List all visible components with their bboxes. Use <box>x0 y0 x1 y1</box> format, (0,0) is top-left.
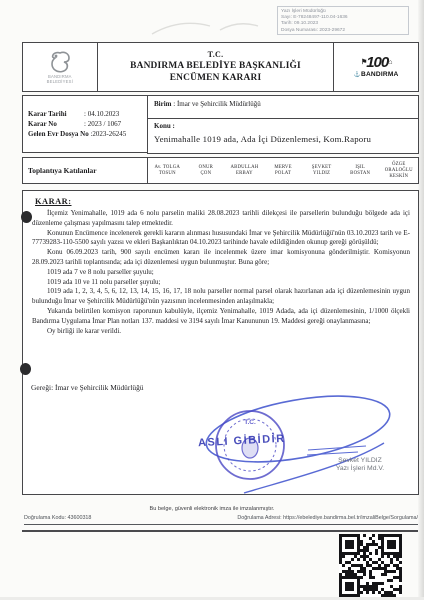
lighthouse-icon: ⌂ <box>388 59 391 66</box>
registry-dosya: Dosya Numarası: 2023-29672 <box>281 28 405 34</box>
verification-row: Doğrulama Kodu: 43600318 Doğrulama Adres… <box>24 515 418 525</box>
karar-no-row: Karar No: 2023 / 1067 <box>28 119 147 129</box>
title-tc: T.C. <box>208 50 224 60</box>
title-doc-type: ENCÜMEN KARARI <box>170 72 262 84</box>
karar-tarihi-row: Karar Tarihi: 04.10.2023 <box>28 109 147 119</box>
attendee-name: Av. TOLGA TOSUN <box>148 165 187 177</box>
title-authority: BANDIRMA BELEDİYE BAŞKANLIĞI <box>130 60 301 72</box>
attendee-name: ÖZGE ORALOĞLU KESKİN <box>379 162 418 180</box>
karar-paragraph: Konu 06.09.2023 tarih, 900 sayılı encüme… <box>32 248 410 268</box>
signature-seal-area: T.C. ASLI GİBİDİR Şevket YILDIZ Yazı İşl… <box>158 393 413 495</box>
registry-stamp-box: Yazı İşleri Müdürlüğü Sayı: E-78248497-1… <box>277 6 409 35</box>
verification-code: Doğrulama Kodu: 43600318 <box>24 515 91 524</box>
gelen-evr-label: Gelen Evr Dosya No <box>28 130 89 138</box>
gelen-evr-row: Gelen Evr Dosya No :2023-26245 <box>28 129 147 139</box>
decision-meta-cell: Karar Tarihi: 04.10.2023 Karar No: 2023 … <box>22 95 148 153</box>
birim-label: Birim <box>154 100 172 108</box>
attendee-name: ONUR ÇON <box>187 165 226 177</box>
signer-name: Şevket YILDIZ <box>316 457 404 465</box>
geregi-line: Gereği: İmar ve Şehircilik Müdürlüğü <box>31 383 143 392</box>
qr-code <box>339 534 402 597</box>
right-logo-caption: ⚓BANDIRMA <box>354 71 399 78</box>
birim-value: : İmar ve Şehircilik Müdürlüğü <box>173 100 260 108</box>
karar-paragraph: İlçemiz Yenimahalle, 1019 ada 6 nolu par… <box>32 209 410 229</box>
gelen-evr-value: :2023-26245 <box>90 130 126 138</box>
karar-paragraph: Yukarıda belirtilen komisyon raporunun k… <box>32 307 410 327</box>
karar-no-label: Karar No <box>28 119 84 129</box>
signer-title: Yazı İşleri Md.V. <box>316 465 404 473</box>
attendee-name: ŞEVKET YILDIZ <box>302 165 341 177</box>
birim-cell: Birim : İmar ve Şehircilik Müdürlüğü <box>147 95 419 119</box>
konu-cell: Konu : Yenimahalle 1019 ada, Ada İçi Düz… <box>147 118 419 154</box>
centenary-logo-cell: ⚑100⌂ ⚓BANDIRMA <box>334 43 418 91</box>
footer-rule <box>22 530 418 532</box>
esignature-notice: Bu belge, güvenli elektronik imza ile im… <box>0 506 424 512</box>
attendee-name: ABDULLAH ERBAY <box>225 165 264 177</box>
hole-punch-mark <box>20 363 31 375</box>
attendees-label-cell: Toplantıya Katılanlar <box>22 157 148 184</box>
karar-paragraph: 1019 ada 7 ve 8 nolu parseller şuyulu; <box>32 268 410 278</box>
pencil-smudge <box>140 8 270 44</box>
seal-tc-text: T.C. <box>244 419 256 426</box>
verification-address: Doğrulama Adresi: https://ebelediye.band… <box>237 515 418 524</box>
karar-tarihi-label: Karar Tarihi <box>28 109 84 119</box>
konu-label: Konu : <box>154 122 418 130</box>
karar-no-value: : 2023 / 1067 <box>84 120 121 128</box>
karar-paragraphs: İlçemiz Yenimahalle, 1019 ada 6 nolu par… <box>32 209 410 336</box>
karar-tarihi-value: : 04.10.2023 <box>84 110 119 118</box>
hole-punch-mark <box>21 211 32 223</box>
municipality-logo-cell: BANDIRMA BELEDİYESİ <box>23 43 98 91</box>
bandirma-bird-logo-icon <box>47 50 73 74</box>
karar-heading: KARAR: <box>35 197 410 206</box>
karar-paragraph: Konunun Encümence incelenerek gerekli ka… <box>32 229 410 249</box>
signer-block: Şevket YILDIZ Yazı İşleri Md.V. <box>316 457 404 473</box>
attendee-name: IŞIL BOSTAN <box>341 165 380 177</box>
konu-value: Yenimahalle 1019 ada, Ada İçi Düzenlemes… <box>154 134 418 144</box>
karar-paragraph: 1019 ada 1, 2, 3, 4, 5, 6, 12, 13, 14, 1… <box>32 287 410 307</box>
attendees-cell: Av. TOLGA TOSUN ONUR ÇON ABDULLAH ERBAY … <box>147 157 419 184</box>
left-logo-caption: BANDIRMA BELEDİYESİ <box>37 75 83 85</box>
document-title: T.C. BANDIRMA BELEDİYE BAŞKANLIĞI ENCÜME… <box>98 43 335 91</box>
karar-paragraph: 1019 ada 10 ve 11 nolu parseller şuyulu; <box>32 278 410 288</box>
document-header: BANDIRMA BELEDİYESİ T.C. BANDIRMA BELEDİ… <box>22 42 419 92</box>
attendee-name: MERVE POLAT <box>264 165 303 177</box>
centenary-100-logo: ⚑100⌂ <box>361 56 392 70</box>
anchor-icon: ⚓ <box>354 72 361 78</box>
karar-paragraph: Oy birliği ile karar verildi. <box>32 327 410 337</box>
